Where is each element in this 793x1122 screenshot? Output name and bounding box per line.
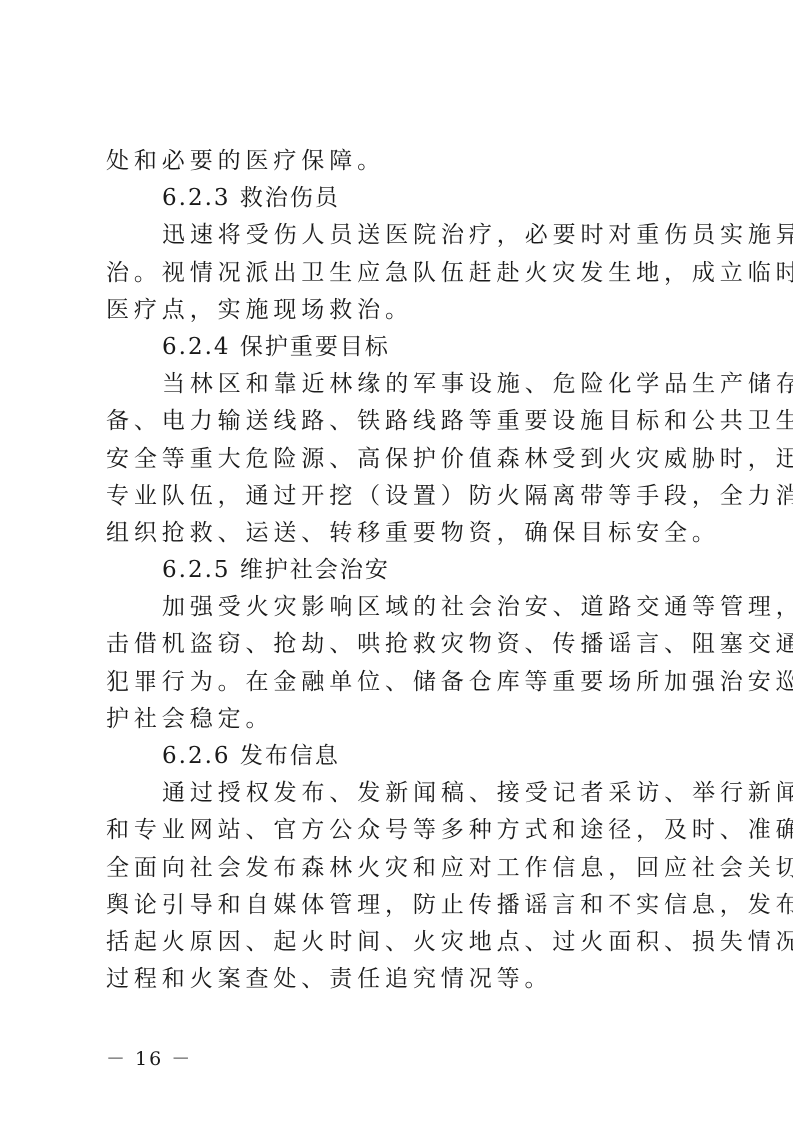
text-line: 治。视情况派出卫生应急队伍赶赴火灾发生地，成立临时医院或 [106, 255, 694, 292]
text-line: 和专业网站、官方公众号等多种方式和途径，及时、准确、客观、 [106, 812, 694, 849]
section-heading-6-2-4: 6.2.4 保护重要目标 [106, 329, 694, 366]
section-heading-6-2-5: 6.2.5 维护社会治安 [106, 552, 694, 589]
text-line: 护社会稳定。 [106, 701, 694, 738]
text-line: 犯罪行为。在金融单位、储备仓库等重要场所加强治安巡逻，维 [106, 664, 694, 701]
text-line: 安全等重大危险源、高保护价值森林受到火灾威胁时，迅速调集 [106, 441, 694, 478]
text-line: 专业队伍，通过开挖（设置）防火隔离带等手段，全力消除威胁， [106, 478, 694, 515]
paragraph-line: 迅速将受伤人员送医院治疗，必要时对重伤员实施异地救 [106, 217, 694, 254]
section-heading-6-2-3: 6.2.3 救治伤员 [106, 180, 694, 217]
document-body: 处和必要的医疗保障。 6.2.3 救治伤员 迅速将受伤人员送医院治疗，必要时对重… [106, 143, 694, 998]
text-line: 括起火原因、起火时间、火灾地点、过火面积、损失情况、扑救 [106, 924, 694, 961]
text-line: 全面向社会发布森林火灾和应对工作信息，回应社会关切。加强 [106, 850, 694, 887]
text-line: 处和必要的医疗保障。 [106, 143, 694, 180]
text-line: 过程和火案查处、责任追究情况等。 [106, 961, 694, 998]
section-heading-6-2-6: 6.2.6 发布信息 [106, 738, 694, 775]
text-line: 击借机盗窃、抢劫、哄抢救灾物资、传播谣言、阻塞交通等违法 [106, 626, 694, 663]
paragraph-line: 加强受火灾影响区域的社会治安、道路交通等管理，严厉打 [106, 589, 694, 626]
text-line: 组织抢救、运送、转移重要物资，确保目标安全。 [106, 515, 694, 552]
paragraph-line: 通过授权发布、发新闻稿、接受记者采访、举行新闻发布会 [106, 775, 694, 812]
paragraph-line: 当林区和靠近林缘的军事设施、危险化学品生产储存设施设 [106, 366, 694, 403]
text-line: 医疗点，实施现场救治。 [106, 292, 694, 329]
text-line: 备、电力输送线路、铁路线路等重要设施目标和公共卫生、社会 [106, 403, 694, 440]
text-line: 舆论引导和自媒体管理，防止传播谣言和不实信息，发布内容包 [106, 887, 694, 924]
page-number: － 16 － [106, 1044, 192, 1071]
